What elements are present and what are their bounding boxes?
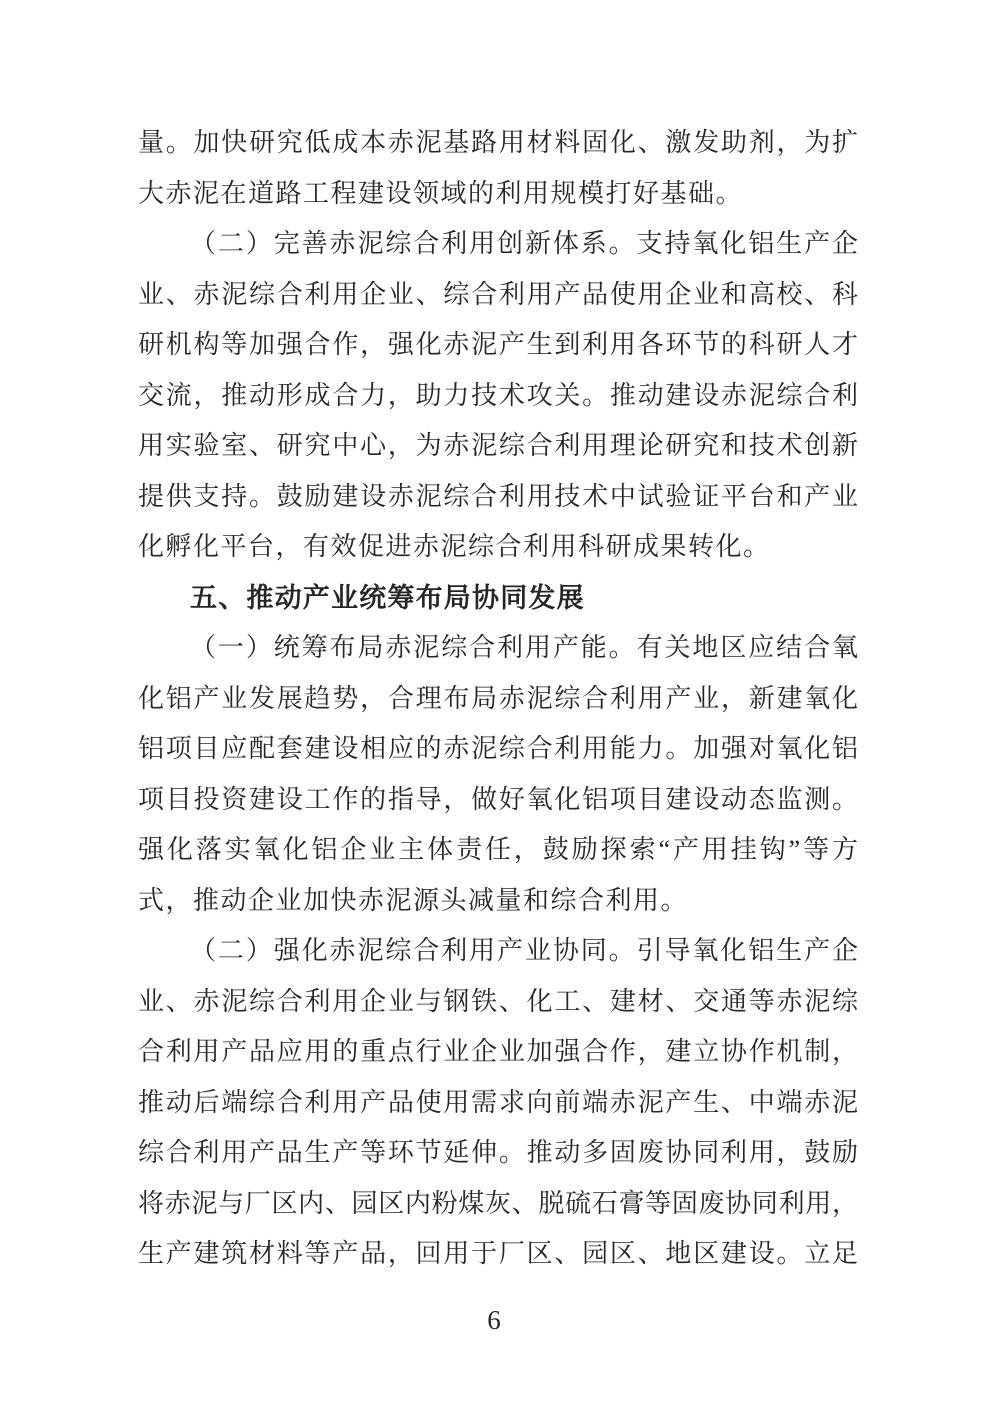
text-line: 推动后端综合利用产品使用需求向前端赤泥产生、中端赤泥 [138, 1078, 858, 1129]
text-line: 铝项目应配套建设相应的赤泥综合利用能力。加强对氧化铝 [138, 724, 858, 775]
text-line: 强化落实氧化铝企业主体责任，鼓励探索“产用挂钩”等方 [138, 825, 858, 876]
text-line: 化铝产业发展趋势，合理布局赤泥综合利用产业，新建氧化 [138, 674, 858, 725]
section-heading: 五、推动产业统筹布局协同发展 [138, 573, 858, 624]
text-line: 提供支持。鼓励建设赤泥综合利用技术中试验证平台和产业 [138, 472, 858, 523]
text-line: 化孵化平台，有效促进赤泥综合利用科研成果转化。 [138, 522, 858, 573]
text-line: 合利用产品应用的重点行业企业加强合作，建立协作机制， [138, 1027, 858, 1078]
page-number: 6 [0, 1305, 988, 1345]
document-page: 量。加快研究低成本赤泥基路用材料固化、激发助剂，为扩大赤泥在道路工程建设领域的利… [0, 0, 988, 1408]
text-line: 业、赤泥综合利用企业、综合利用产品使用企业和高校、科 [138, 270, 858, 321]
text-line: 量。加快研究低成本赤泥基路用材料固化、激发助剂，为扩 [138, 118, 858, 169]
text-line: 交流，推动形成合力，助力技术攻关。推动建设赤泥综合利 [138, 371, 858, 422]
text-line: （二）强化赤泥综合利用产业协同。引导氧化铝生产企 [138, 926, 858, 977]
text-line: 研机构等加强合作，强化赤泥产生到利用各环节的科研人才 [138, 320, 858, 371]
text-line: 项目投资建设工作的指导，做好氧化铝项目建设动态监测。 [138, 775, 858, 826]
text-line: （一）统筹布局赤泥综合利用产能。有关地区应结合氧 [138, 623, 858, 674]
text-line: 生产建筑材料等产品，回用于厂区、园区、地区建设。立足 [138, 1229, 858, 1280]
text-line: 业、赤泥综合利用企业与钢铁、化工、建材、交通等赤泥综 [138, 977, 858, 1028]
text-line: 将赤泥与厂区内、园区内粉煤灰、脱硫石膏等固废协同利用， [138, 1179, 858, 1230]
text-line: 式，推动企业加快赤泥源头减量和综合利用。 [138, 876, 858, 927]
text-line: 大赤泥在道路工程建设领域的利用规模打好基础。 [138, 169, 858, 220]
text-line: 综合利用产品生产等环节延伸。推动多固废协同利用，鼓励 [138, 1128, 858, 1179]
text-line: 用实验室、研究中心，为赤泥综合利用理论研究和技术创新 [138, 421, 858, 472]
text-block: 量。加快研究低成本赤泥基路用材料固化、激发助剂，为扩大赤泥在道路工程建设领域的利… [138, 118, 858, 1280]
text-line: （二）完善赤泥综合利用创新体系。支持氧化铝生产企 [138, 219, 858, 270]
